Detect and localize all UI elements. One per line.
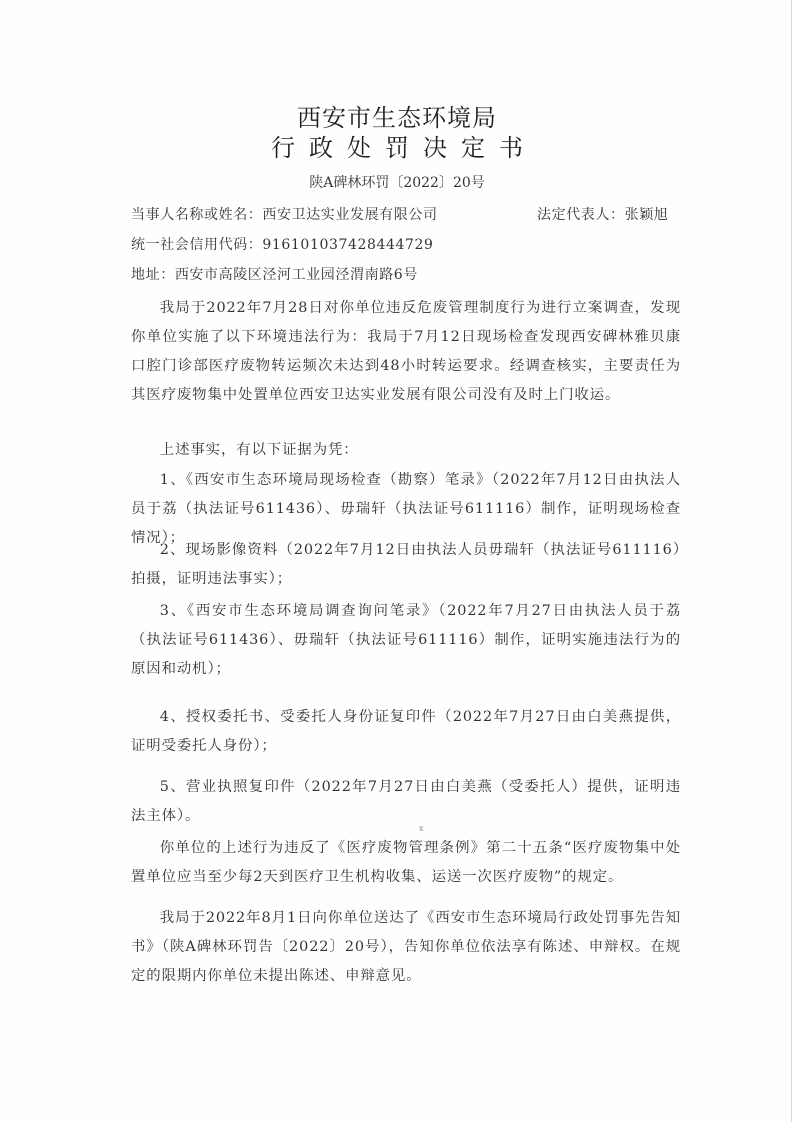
document-page: 西安市生态环境局 行政处罚决定书 陕A碑林环罚〔2022〕20号 当事人名称或姓… — [0, 0, 794, 1122]
evidence-intro: 上述事实，有以下证据为凭： — [131, 436, 681, 465]
document-type-title: 行政处罚决定书 — [0, 133, 794, 163]
party-name-label: 当事人名称或姓名： — [131, 207, 262, 223]
credit-code-label: 统一社会信用代码： — [131, 237, 262, 253]
scan-artifact: x — [419, 824, 424, 833]
address-row: 地址：西安市高陵区泾河工业园泾渭南路6号 — [131, 265, 418, 285]
legal-rep-row: 法定代表人：张颖旭 — [537, 205, 668, 225]
evidence-item-3: 3、《西安市生态环境局调查询问笔录》（2022年7月27日由执法人员于荔（执法证… — [131, 597, 681, 684]
party-name-row: 当事人名称或姓名：西安卫达实业发展有限公司 — [131, 205, 438, 225]
notice-paragraph: 我局于2022年8月1日向你单位送达了《西安市生态环境局行政处罚事先告知书》（陕… — [131, 904, 681, 991]
evidence-item-5: 5、营业执照复印件（2022年7月27日由白美燕（受委托人）提供，证明违法主体）… — [131, 773, 681, 831]
document-number: 陕A碑林环罚〔2022〕20号 — [0, 173, 794, 193]
page-edge — [791, 0, 792, 1122]
credit-code-value: 916101037428444729 — [262, 237, 433, 253]
legal-rep-label: 法定代表人： — [537, 207, 625, 223]
credit-code-row: 统一社会信用代码：916101037428444729 — [131, 235, 434, 255]
party-name-value: 西安卫达实业发展有限公司 — [262, 207, 437, 223]
agency-title: 西安市生态环境局 — [0, 103, 794, 133]
evidence-item-4: 4、授权委托书、受委托人身份证复印件（2022年7月27日由白美燕提供，证明受委… — [131, 703, 681, 761]
evidence-item-2: 2、现场影像资料（2022年7月12日由执法人员毋瑞轩（执法证号611116）拍… — [131, 536, 681, 594]
legal-rep-value: 张颖旭 — [625, 207, 669, 223]
case-description-paragraph: 我局于2022年7月28日对你单位违反危废管理制度行为进行立案调查，发现你单位实… — [131, 294, 681, 410]
violation-paragraph: 你单位的上述行为违反了《医疗废物管理条例》第二十五条“医疗废物集中处置单位应当至… — [131, 834, 681, 892]
address-value: 西安市高陵区泾河工业园泾渭南路6号 — [175, 267, 418, 283]
address-label: 地址： — [131, 267, 175, 283]
